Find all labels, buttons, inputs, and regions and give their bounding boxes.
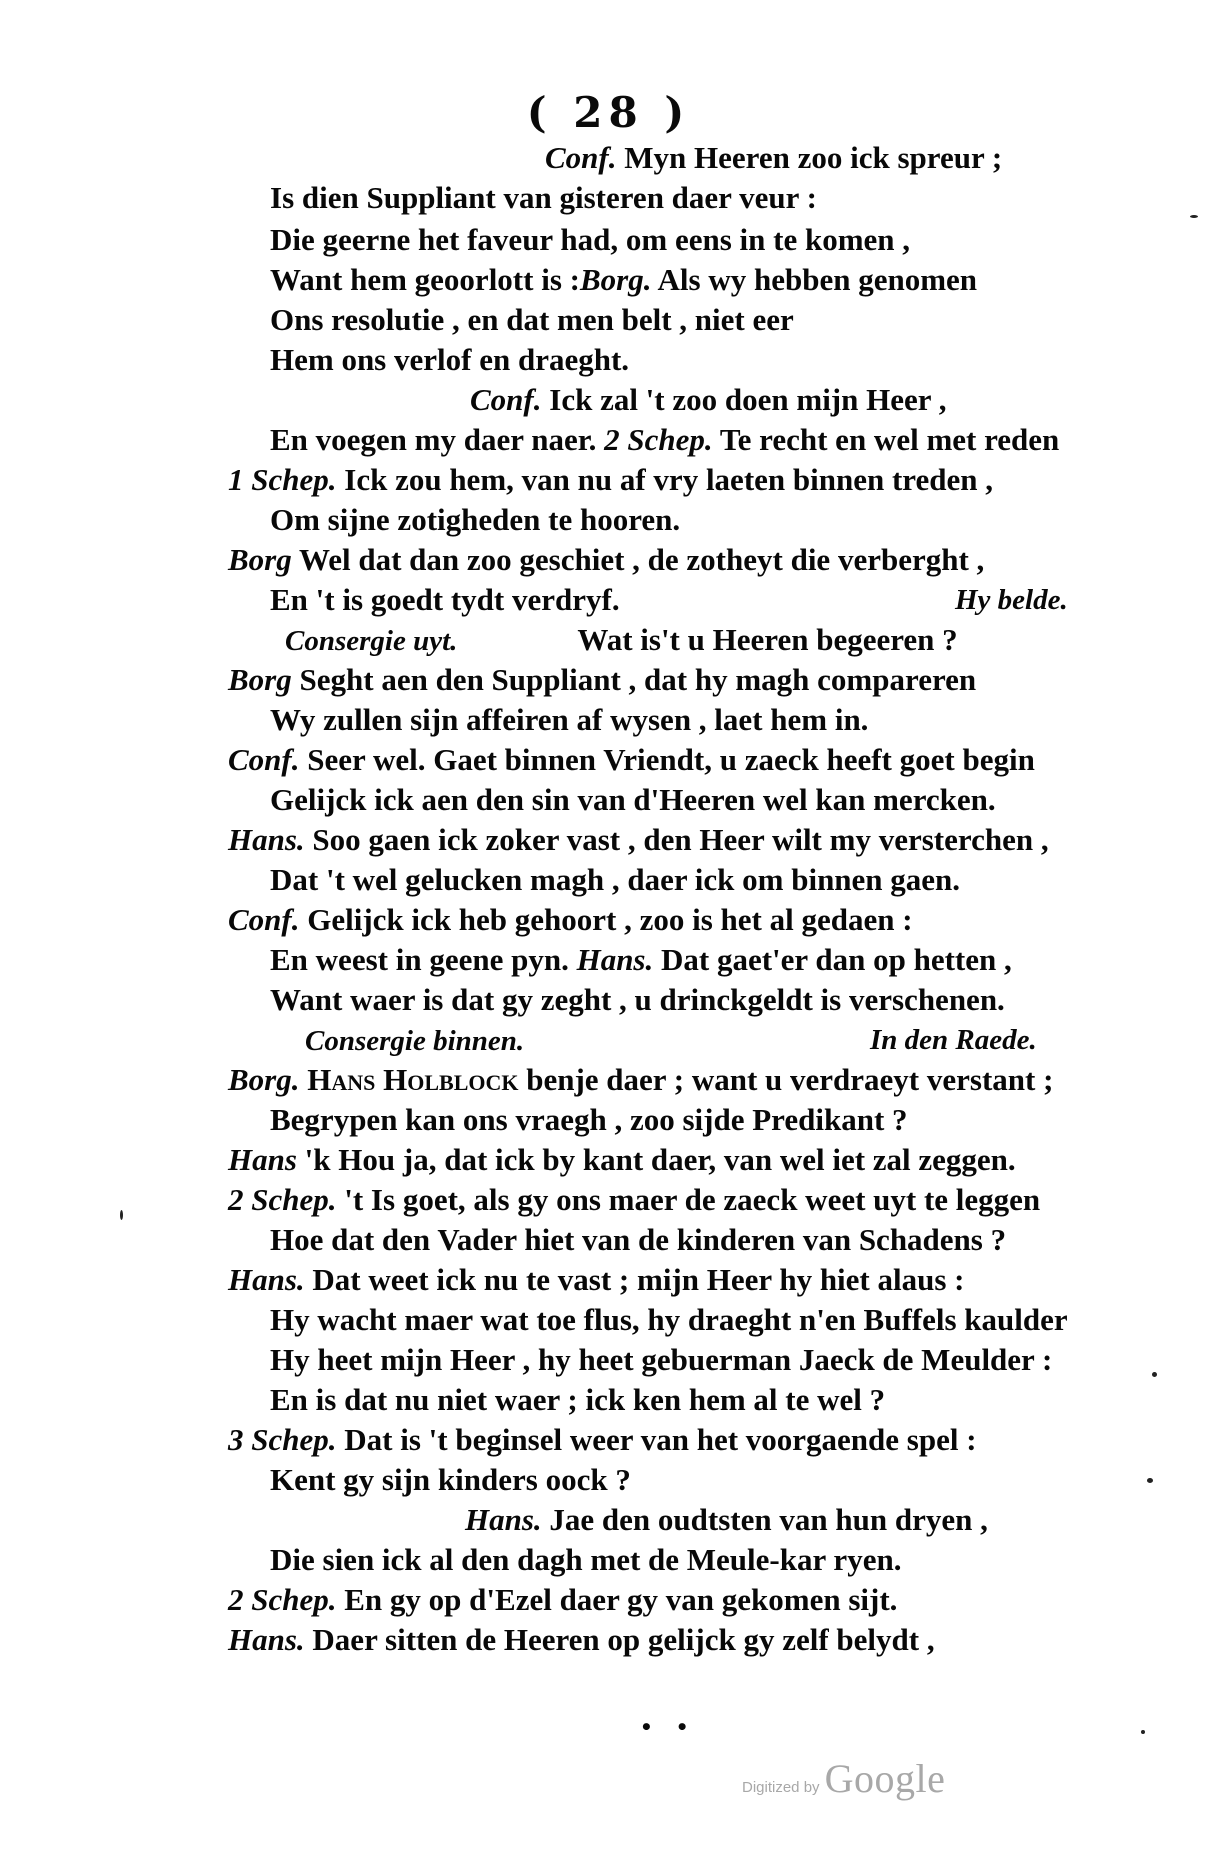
verse-line: Borg Seght aen den Suppliant , dat hy ma… [228,662,976,698]
line-text: Myn Heeren zoo ick spreur ; [617,140,1003,175]
verse-line: Gelijck ick aen den sin van d'Heeren wel… [270,782,996,818]
line-text: Hy heet mijn Heer , hy heet gebuerman Ja… [270,1342,1052,1377]
verse-line: Hans. Dat weet ick nu te vast ; mijn Hee… [228,1262,965,1298]
line-text: Ick zal 't zoo doen mijn Heer , [542,382,947,417]
line-text: 'k Hou ja, dat ick by kant daer, van wel… [297,1142,1016,1177]
line-text: Dat 't wel gelucken magh , daer ick om b… [270,862,960,897]
speaker-label: 2 Schep. [228,1582,337,1617]
line-text: benje daer ; want u verdraeyt verstant ; [518,1062,1053,1097]
speaker-label: Hans. [465,1502,542,1537]
stage-direction: Hy belde. [955,582,1068,618]
speaker-label: Hans. [228,1262,305,1297]
verse-line: Hy wacht maer wat toe flus, hy draeght n… [270,1302,1068,1338]
verse-line: 3 Schep. Dat is 't beginsel weer van het… [228,1422,977,1458]
verse-line: En weest in geene pyn. Hans. Dat gaet'er… [270,942,1012,978]
line-text: Seer wel. Gaet binnen Vriendt, u zaeck h… [300,742,1035,777]
verse-line: Conf. Ick zal 't zoo doen mijn Heer , [470,382,946,418]
line-text: Ons resolutie , en dat men belt , niet e… [270,302,794,337]
verse-line: Borg. Hans Holblock benje daer ; want u … [228,1062,1053,1098]
verse-line: Want waer is dat gy zeght , u drinckgeld… [270,982,1005,1018]
line-text: Daer sitten de Heeren op gelijck gy zelf… [305,1622,935,1657]
verse-line: Hy heet mijn Heer , hy heet gebuerman Ja… [270,1342,1052,1378]
line-text: Die sien ick al den dagh met de Meule-ka… [270,1542,901,1577]
line-text: En voegen my daer naer. [270,422,596,457]
verse-line: Hans. Soo gaen ick zoker vast , den Heer… [228,822,1049,858]
line-text: Gelijck ick aen den sin van d'Heeren wel… [270,782,996,817]
verse-line: Hoe dat den Vader hiet van de kinderen v… [270,1222,1006,1258]
verse-line: Consergie uyt.Wat is't u Heeren begeeren… [285,622,958,659]
stage-direction: Consergie uyt. [285,625,457,657]
verse-line: En is dat nu niet waer ; ick ken hem al … [270,1382,885,1418]
verse-line: Hans. Daer sitten de Heeren op gelijck g… [228,1622,935,1658]
line-text: Want hem geoorlott is : [270,262,580,297]
line-text: Gelijck ick heb gehoort , zoo is het al … [300,902,913,937]
scan-speck [1147,1478,1153,1483]
verse-line: Borg Wel dat dan zoo geschiet , de zothe… [228,542,984,578]
speaker-label: Hans. [228,822,305,857]
speaker-label: Conf. [545,140,617,175]
line-text: Want waer is dat gy zeght , u drinckgeld… [270,982,1005,1017]
scan-speck [120,1210,123,1220]
stage-direction: In den Raede. [870,1022,1037,1058]
line-text: En is dat nu niet waer ; ick ken hem al … [270,1382,885,1417]
line-text: En gy op d'Ezel daer gy van gekomen sijt… [337,1582,898,1617]
verse-line: Hans. Jae den oudtsten van hun dryen , [465,1502,988,1538]
speaker-label: Hans. [228,1622,305,1657]
verse-line: 2 Schep. En gy op d'Ezel daer gy van gek… [228,1582,897,1618]
verse-line: Consergie binnen. [305,1022,524,1059]
watermark-brand: Google [825,1756,946,1801]
line-text: Om sijne zotigheden te hooren. [270,502,680,537]
line-text: Als wy hebben genomen [651,262,977,297]
verse-line: Want hem geoorlott is :Borg. Als wy hebb… [270,262,977,298]
character-name: Hans Holblock [307,1062,518,1097]
line-text: Dat is 't beginsel weer van het voorgaen… [337,1422,977,1457]
line-text: 't Is goet, als gy ons maer de zaeck wee… [337,1182,1041,1217]
verse-line: 1 Schep. Ick zou hem, van nu af vry laet… [228,462,993,498]
line-text: Hem ons verlof en draeght. [270,342,629,377]
line-text: Die geerne het faveur had, om eens in te… [270,222,910,257]
speaker-label: Hans [228,1142,297,1177]
speaker-label: Borg [228,662,292,697]
verse-line: En voegen my daer naer. 2 Schep. Te rech… [270,422,1059,458]
scan-speck [1152,1372,1157,1377]
line-text: En weest in geene pyn. [270,942,569,977]
line-text: Jae den oudtsten van hun dryen , [542,1502,988,1537]
line-text: Wat is't u Heeren begeeren ? [577,622,957,657]
speaker-label: 2 Schep. [228,1182,337,1217]
speaker-label: Conf. [470,382,542,417]
verse-line: Hans 'k Hou ja, dat ick by kant daer, va… [228,1142,1016,1178]
verse-text: Conf. Myn Heeren zoo ick spreur ;Is dien… [0,0,1217,1851]
end-ornament: • • [640,1715,697,1739]
verse-line: Ons resolutie , en dat men belt , niet e… [270,302,794,338]
scan-speck [1190,215,1198,218]
line-text: Dat weet ick nu te vast ; mijn Heer hy h… [305,1262,965,1297]
speaker-label: Conf. [228,902,300,937]
verse-line: Wy zullen sijn affeiren af wysen , laet … [270,702,868,738]
speaker-label: 3 Schep. [228,1422,337,1457]
line-text: En 't is goedt tydt verdryf. [270,582,620,617]
line-text: Wy zullen sijn affeiren af wysen , laet … [270,702,868,737]
verse-line: Begrypen kan ons vraegh , zoo sijde Pred… [270,1102,908,1138]
verse-line: Om sijne zotigheden te hooren. [270,502,680,538]
stage-direction: Consergie binnen. [305,1025,524,1057]
speaker-label: Borg [228,542,292,577]
verse-line: Conf. Gelijck ick heb gehoort , zoo is h… [228,902,913,938]
line-text: Wel dat dan zoo geschiet , de zotheyt di… [292,542,985,577]
line-text: Dat gaet'er dan op hetten , [653,942,1011,977]
verse-line: 2 Schep. 't Is goet, als gy ons maer de … [228,1182,1040,1218]
line-text: Kent gy sijn kinders oock ? [270,1462,631,1497]
speaker-label: Borg. [580,262,652,297]
speaker-label: Hans. [569,942,653,977]
verse-line: Conf. Myn Heeren zoo ick spreur ; [545,140,1002,176]
line-text: Hy wacht maer wat toe flus, hy draeght n… [270,1302,1068,1337]
verse-line: Is dien Suppliant van gisteren daer veur… [270,180,817,216]
verse-line: En 't is goedt tydt verdryf. [270,582,620,618]
verse-line: Conf. Seer wel. Gaet binnen Vriendt, u z… [228,742,1035,778]
verse-line: Dat 't wel gelucken magh , daer ick om b… [270,862,960,898]
line-text: Te recht en wel met reden [713,422,1060,457]
line-text: Begrypen kan ons vraegh , zoo sijde Pred… [270,1102,908,1137]
verse-line: Die sien ick al den dagh met de Meule-ka… [270,1542,901,1578]
line-text: Ick zou hem, van nu af vry laeten binnen… [337,462,994,497]
verse-line: Die geerne het faveur had, om eens in te… [270,222,910,258]
speaker-label: Conf. [228,742,300,777]
line-text: Hoe dat den Vader hiet van de kinderen v… [270,1222,1006,1257]
verse-line: Hem ons verlof en draeght. [270,342,629,378]
line-text: Is dien Suppliant van gisteren daer veur… [270,180,817,215]
speaker-label: Borg. [228,1062,300,1097]
scan-speck [1141,1730,1145,1734]
speaker-label: 1 Schep. [228,462,337,497]
digitized-by-google-watermark: Digitized by Google [742,1755,945,1802]
line-text: Seght aen den Suppliant , dat hy magh co… [292,662,976,697]
verse-line: Kent gy sijn kinders oock ? [270,1462,631,1498]
line-text: Soo gaen ick zoker vast , den Heer wilt … [305,822,1049,857]
speaker-label: 2 Schep. [596,422,712,457]
watermark-prefix: Digitized by [742,1779,820,1796]
